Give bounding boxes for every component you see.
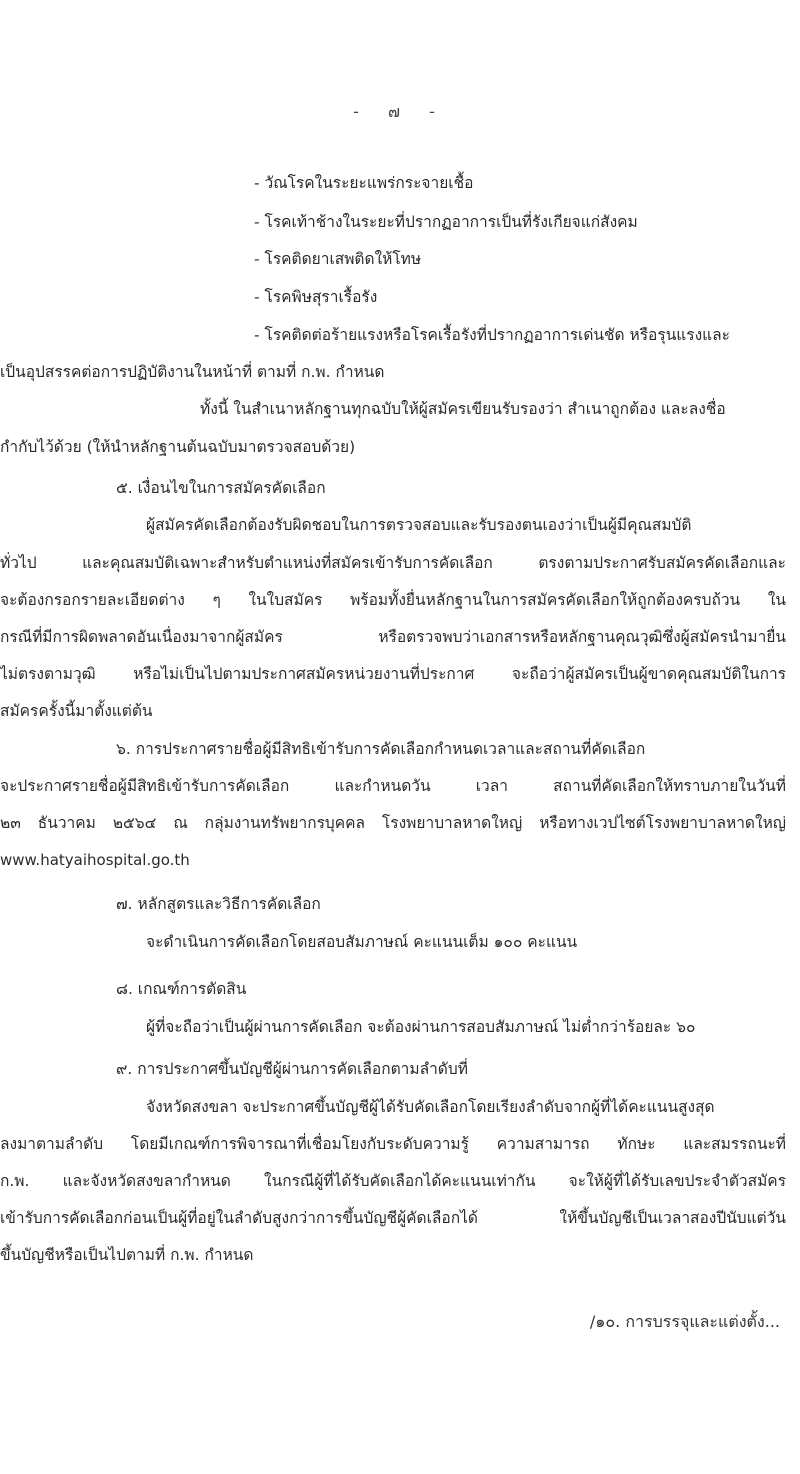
section-7-heading: ๗. หลักสูตรและวิธีการคัดเลือก	[116, 893, 321, 915]
hospital-website-url: www.hatyaihospital.go.th	[0, 849, 190, 871]
bullet-item: - วัณโรคในระยะแพร่กระจายเชื้อ	[254, 172, 473, 194]
bullet-item: - โรคติดต่อร้ายแรงหรือโรคเรื้อรังที่ปราก…	[254, 324, 730, 346]
section-5-line: กรณีที่มีการผิดพลาดอันเนื่องมาจากผู้สมัค…	[0, 626, 786, 648]
continuation-reference: /๑๐. การบรรจุและแต่งตั้ง...	[590, 1310, 780, 1335]
bullet-item: - โรคเท้าช้างในระยะที่ปรากฏอาการเป็นที่ร…	[254, 211, 638, 233]
section-5-heading: ๕. เงื่อนไขในการสมัครคัดเลือก	[116, 477, 326, 499]
section-8-heading: ๘. เกณฑ์การตัดสิน	[116, 978, 246, 1000]
section-9-line: จังหวัดสงขลา จะประกาศขึ้นบัญชีผู้ได้รับค…	[146, 1096, 715, 1118]
section-9-heading: ๙. การประกาศขึ้นบัญชีผู้ผ่านการคัดเลือกต…	[116, 1058, 468, 1080]
section-5-line: ทั่วไป และคุณสมบัติเฉพาะสำหรับตำแหน่งที่…	[0, 552, 786, 574]
section-9-line: ลงมาตามลำดับ โดยมีเกณฑ์การพิจารณาที่เชื่…	[0, 1133, 786, 1155]
section-5-line: จะต้องกรอกรายละเอียดต่าง ๆ ในใบสมัคร พร้…	[0, 589, 786, 611]
section-8-body: ผู้ที่จะถือว่าเป็นผู้ผ่านการคัดเลือก จะต…	[146, 1016, 696, 1038]
section-5-line: ไม่ตรงตามวุฒิ หรือไม่เป็นไปตามประกาศสมัค…	[0, 663, 786, 685]
section-6-line: จะประกาศรายชื่อผู้มีสิทธิเข้ารับการคัดเล…	[0, 775, 786, 797]
section-5-line: สมัครครั้งนี้มาตั้งแต่ต้น	[0, 700, 153, 722]
section-5-line: ผู้สมัครคัดเลือกต้องรับผิดชอบในการตรวจสอ…	[146, 514, 691, 536]
bullet-continuation: เป็นอุปสรรคต่อการปฏิบัติงานในหน้าที่ ตาม…	[0, 361, 384, 383]
page-number: - ๗ -	[0, 100, 800, 125]
bullet-item: - โรคพิษสุราเรื้อรัง	[254, 286, 377, 308]
note-line: กำกับไว้ด้วย (ให้นำหลักฐานต้นฉบับมาตรวจส…	[0, 436, 355, 458]
section-7-body: จะดำเนินการคัดเลือกโดยสอบสัมภาษณ์ คะแนนเ…	[146, 931, 577, 953]
section-6-line: ๒๓ ธันวาคม ๒๕๖๔ ณ กลุ่มงานทรัพยากรบุคคล …	[0, 812, 786, 834]
section-9-line: ก.พ. และจังหวัดสงขลากำหนด ในกรณีผู้ที่ได…	[0, 1170, 786, 1192]
note-line: ทั้งนี้ ในสำเนาหลักฐานทุกฉบับให้ผู้สมัคร…	[200, 398, 726, 420]
bullet-item: - โรคติดยาเสพติดให้โทษ	[254, 248, 421, 270]
section-9-line: ขึ้นบัญชีหรือเป็นไปตามที่ ก.พ. กำหนด	[0, 1244, 253, 1266]
section-9-line: เข้ารับการคัดเลือกก่อนเป็นผู้ที่อยู่ในลำ…	[0, 1207, 786, 1229]
section-6-heading: ๖. การประกาศรายชื่อผู้มีสิทธิเข้ารับการค…	[116, 738, 645, 760]
